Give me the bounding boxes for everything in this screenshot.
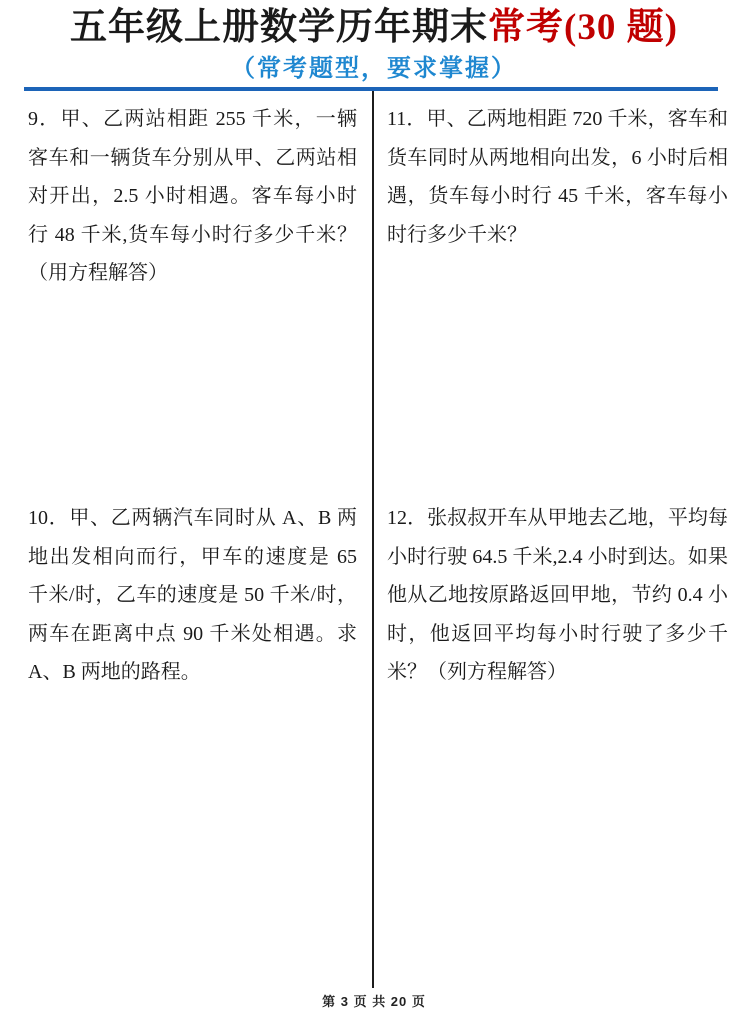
table-cell-question-11: 11．甲、乙两地相距 720 千米，客车和货车同时从两地相向出发，6 小时后相遇…: [374, 91, 748, 490]
question-11-text: 11．甲、乙两地相距 720 千米，客车和货车同时从两地相向出发，6 小时后相遇…: [387, 100, 728, 254]
page-number-indicator: 第 3 页 共 20 页: [0, 991, 748, 1010]
page-title-red-part: 常考(30 题): [488, 7, 678, 48]
table-cell-question-9: 9．甲、乙两站相距 255 千米，一辆客车和一辆货车分别从甲、乙两站相对开出，2…: [0, 91, 374, 490]
question-10-text: 10．甲、乙两辆汽车同时从 A、B 两地出发相向而行，甲车的速度是 65 千米/…: [28, 499, 357, 692]
question-9-text: 9．甲、乙两站相距 255 千米，一辆客车和一辆货车分别从甲、乙两站相对开出，2…: [28, 100, 357, 293]
page-title-black-part: 五年级上册数学历年期末: [70, 7, 488, 48]
document-header: 五年级上册数学历年期末常考(30 题) （常考题型，要求掌握）: [0, 0, 748, 91]
page-title: 五年级上册数学历年期末常考(30 题): [0, 4, 748, 52]
question-12-text: 12．张叔叔开车从甲地去乙地，平均每小时行驶 64.5 千米,2.4 小时到达。…: [387, 499, 728, 692]
page-subtitle: （常考题型，要求掌握）: [0, 53, 748, 86]
table-cell-question-12: 12．张叔叔开车从甲地去乙地，平均每小时行驶 64.5 千米,2.4 小时到达。…: [374, 490, 748, 988]
table-cell-question-10: 10．甲、乙两辆汽车同时从 A、B 两地出发相向而行，甲车的速度是 65 千米/…: [0, 490, 374, 988]
question-table: 9．甲、乙两站相距 255 千米，一辆客车和一辆货车分别从甲、乙两站相对开出，2…: [0, 91, 748, 988]
